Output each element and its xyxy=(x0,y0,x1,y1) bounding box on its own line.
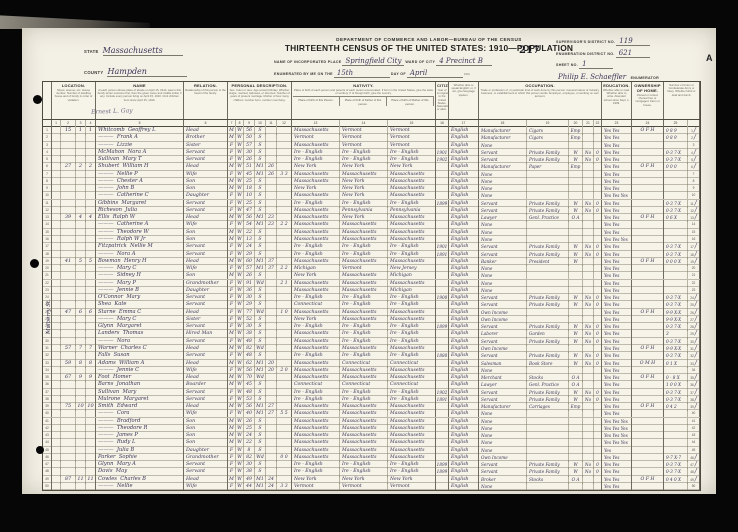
cell xyxy=(436,410,449,417)
line-number: 29 xyxy=(690,332,694,336)
cell: 54 xyxy=(244,221,255,228)
group-description: of each person whose place of abode on A… xyxy=(97,89,182,102)
cell: Massachusetts xyxy=(388,185,436,192)
census-row: 24O'Connor MaryServantFW30SIre - English… xyxy=(43,294,700,301)
cell xyxy=(86,418,96,425)
cell xyxy=(583,192,594,199)
census-row: 30——— NoraServantFW48SMassachusettsIre -… xyxy=(43,338,700,345)
cell: New York xyxy=(292,185,340,192)
census-row: 356799Foot HomerHeadMW70WdMassachusettsM… xyxy=(43,374,700,381)
cell xyxy=(569,367,583,374)
cell: Yes Yes xyxy=(602,171,632,178)
line-number: 23 xyxy=(692,288,696,292)
page-stamp: 217 xyxy=(519,45,540,56)
column-number: 14 xyxy=(340,120,388,127)
census-row: 47Glynn Mary AServantFW30SIre - EnglishI… xyxy=(43,461,700,468)
column-number: 23 xyxy=(602,120,632,127)
cell xyxy=(664,229,688,236)
cell: Massachusetts xyxy=(388,425,436,432)
cell xyxy=(632,229,664,236)
cell: ——— Chester A xyxy=(96,178,184,185)
cell: S xyxy=(255,185,266,192)
department-line: DEPARTMENT OF COMMERCE AND LABOR—BUREAU … xyxy=(274,37,584,42)
cell: Massachusetts xyxy=(292,178,340,185)
line-number: 17 xyxy=(690,245,694,249)
cell: 34 xyxy=(43,367,52,374)
tally-mark: / xyxy=(695,360,697,367)
cell xyxy=(52,221,61,228)
group-description: Whether able to speak English; or, if no… xyxy=(450,84,477,97)
cell: Massachusetts xyxy=(340,425,388,432)
cell xyxy=(277,287,292,294)
cell: 36 xyxy=(244,287,255,294)
cell: ——— Theodore R xyxy=(96,425,184,432)
cell: W xyxy=(236,178,244,185)
cell xyxy=(664,287,688,294)
cell xyxy=(61,178,76,185)
cell xyxy=(527,272,569,279)
cell xyxy=(76,483,86,490)
line-number: 28 xyxy=(690,325,694,329)
cell xyxy=(86,367,96,374)
cell xyxy=(527,229,569,236)
column-number: 2 xyxy=(61,120,76,127)
cell xyxy=(61,367,76,374)
cell xyxy=(52,280,61,287)
census-row: 62722Shubert William HHeadMW51M126New Yo… xyxy=(43,163,700,170)
tally-mark: / xyxy=(695,396,697,403)
cell: Massachusetts xyxy=(340,287,388,294)
line-number: 38 xyxy=(690,398,694,402)
cell xyxy=(52,171,61,178)
cell xyxy=(527,425,569,432)
enum-year: 1910 xyxy=(464,73,470,76)
cell: None xyxy=(479,265,527,272)
cell: 56 xyxy=(244,367,255,374)
cell: None xyxy=(479,221,527,228)
census-row: 40——— CoraWifeFW40M1275 5MassachusettsMa… xyxy=(43,410,700,417)
supervisor-district-label: Supervisor's District No. xyxy=(556,40,615,44)
cell: 22 xyxy=(43,280,52,287)
census-row: 27——— Mary CSisterFW52SNew YorkMassachus… xyxy=(43,316,700,323)
cell: S xyxy=(255,447,266,454)
cell xyxy=(569,447,583,454)
cell: Son xyxy=(184,418,228,425)
cell: S xyxy=(255,432,266,439)
census-row: 133944Ellis Ralph WHeadMW56M123Massachus… xyxy=(43,214,700,221)
census-row: 42——— Theodore RSonMW25SMassachusettsMas… xyxy=(43,425,700,432)
cell xyxy=(266,280,277,287)
cell xyxy=(632,439,664,446)
cell: English xyxy=(449,221,479,228)
census-row: 25Shea KateServantFW29SConnecticutIre - … xyxy=(43,301,700,308)
census-row: 5Sullivan Mary TServantFW26SIre - Englis… xyxy=(43,156,700,163)
cell xyxy=(569,425,583,432)
cell: Massachusetts xyxy=(388,280,436,287)
cell: Son xyxy=(184,185,228,192)
cell xyxy=(632,221,664,228)
cell: S xyxy=(255,178,266,185)
line-number: 39 xyxy=(690,405,694,409)
cell: F xyxy=(228,287,236,294)
cell: Yes Yes xyxy=(602,483,632,490)
cell xyxy=(76,192,86,199)
cell: 44 xyxy=(244,483,255,490)
street-name-vertical: Mulberry St. xyxy=(46,299,52,334)
cell xyxy=(76,367,86,374)
cell xyxy=(76,425,86,432)
cell xyxy=(594,447,602,454)
enumeration-district-value: 621 xyxy=(616,49,650,58)
nativity-subheads: Place of birth of this Person.Place of b… xyxy=(293,96,434,106)
cell: F xyxy=(228,171,236,178)
cell xyxy=(266,272,277,279)
cell xyxy=(61,229,76,236)
enumerator-name: Philip E. Schaeffler xyxy=(558,73,626,81)
cell: English xyxy=(449,142,479,149)
cell: F xyxy=(228,142,236,149)
cell xyxy=(76,142,86,149)
cell xyxy=(569,142,583,149)
line-number: 48 xyxy=(690,470,694,474)
tally-mark: / xyxy=(695,316,697,323)
line-number: 32 xyxy=(690,354,694,358)
cell: Daughter xyxy=(184,192,228,199)
cell xyxy=(632,185,664,192)
cell: None xyxy=(479,229,527,236)
cell: ——— Nellie xyxy=(96,483,184,490)
cell: W xyxy=(236,418,244,425)
cell: Massachusetts xyxy=(292,287,340,294)
cell xyxy=(436,432,449,439)
tally-mark: / xyxy=(695,381,697,388)
cell xyxy=(664,280,688,287)
tally-mark: / xyxy=(694,156,696,163)
census-row: 44——— Rudy LSonMW22SMassachusettsMassach… xyxy=(43,439,700,446)
tally-mark: / xyxy=(695,454,697,461)
cell: Wife xyxy=(184,265,228,272)
group-description: Survivor of Union or Confederate Army or… xyxy=(665,84,698,97)
cell xyxy=(52,287,61,294)
cell: 25 xyxy=(244,425,255,432)
cell: 40 xyxy=(688,410,700,417)
tally-mark: / xyxy=(695,345,697,352)
cell: English xyxy=(449,439,479,446)
tally-mark: / xyxy=(695,323,697,330)
cell xyxy=(277,447,292,454)
cell xyxy=(61,410,76,417)
line-number: 43 xyxy=(692,433,696,437)
cell xyxy=(86,483,96,490)
column-number: 4 xyxy=(86,120,96,127)
cell xyxy=(664,178,688,185)
cell: W xyxy=(236,265,244,272)
column-number: 6 xyxy=(184,120,228,127)
cell: F xyxy=(228,410,236,417)
cell xyxy=(527,236,569,243)
cell: Yes Yes xyxy=(602,185,632,192)
cell xyxy=(52,418,61,425)
cell xyxy=(527,432,569,439)
line-number: 2 xyxy=(691,136,693,140)
cell xyxy=(527,410,569,417)
cell: English xyxy=(449,432,479,439)
cell xyxy=(277,425,292,432)
cell: Yes Yes xyxy=(602,272,632,279)
cell xyxy=(76,447,86,454)
cell: Vermont xyxy=(340,265,388,272)
nativity-subhead: Place of birth of Father of this person. xyxy=(340,97,387,106)
cell xyxy=(277,432,292,439)
cell: New York xyxy=(292,272,340,279)
cell xyxy=(52,432,61,439)
cell xyxy=(436,447,449,454)
cell: 20 xyxy=(688,265,700,272)
cell: 22 xyxy=(244,439,255,446)
census-row: 22——— Mary PGrandmotherFW91Wd2 1Massachu… xyxy=(43,280,700,287)
cell xyxy=(594,280,602,287)
cell: None xyxy=(479,410,527,417)
cell xyxy=(436,280,449,287)
cell: None xyxy=(479,418,527,425)
column-number: 18 xyxy=(479,120,527,127)
census-row: 315777Warner Charles CHeadMW82WdMassachu… xyxy=(43,345,700,352)
cell xyxy=(277,185,292,192)
cell: M1 xyxy=(255,171,266,178)
cell: 43 xyxy=(688,432,700,439)
cell: Yes Yes xyxy=(602,142,632,149)
cell xyxy=(86,192,96,199)
tally-mark: / xyxy=(695,338,697,345)
census-row: 23——— Jennie BDaughterFW36SMassachusetts… xyxy=(43,287,700,294)
column-number: 12 xyxy=(277,120,292,127)
group-description: Year of immigration to the United States… xyxy=(437,89,447,111)
cell: 26 xyxy=(244,418,255,425)
tally-mark: / xyxy=(695,207,697,214)
cell: W xyxy=(236,425,244,432)
cell: S xyxy=(255,425,266,432)
cell: W xyxy=(236,367,244,374)
cell xyxy=(632,425,664,432)
cell xyxy=(86,142,96,149)
cell xyxy=(583,418,594,425)
cell xyxy=(52,439,61,446)
cell xyxy=(61,425,76,432)
cell xyxy=(664,447,688,454)
cell: 23 xyxy=(688,287,700,294)
cell: None xyxy=(479,280,527,287)
cell: Massachusetts xyxy=(388,221,436,228)
cell xyxy=(436,236,449,243)
group-description: Place of birth of each person and parent… xyxy=(293,89,434,95)
cell xyxy=(436,178,449,185)
header-center-block: DEPARTMENT OF COMMERCE AND LABOR—BUREAU … xyxy=(274,37,584,78)
cell xyxy=(632,280,664,287)
cell: ——— Ralph W Jr xyxy=(96,236,184,243)
cell: English xyxy=(449,418,479,425)
cell xyxy=(527,483,569,490)
cell xyxy=(436,142,449,149)
cell: M xyxy=(228,439,236,446)
column-number: 1 xyxy=(52,120,61,127)
cell: Yes Yes Yes xyxy=(602,192,632,199)
cell: S xyxy=(255,142,266,149)
cell xyxy=(61,432,76,439)
census-row: 12Richeson JuliaServantFW47SMassachusett… xyxy=(43,207,700,214)
cell xyxy=(76,265,86,272)
cell xyxy=(277,418,292,425)
cell: Massachusetts xyxy=(292,418,340,425)
column-group-4: PERSONAL DESCRIPTION.Sex. Color or race.… xyxy=(228,82,292,119)
cell xyxy=(583,287,594,294)
cell: New York xyxy=(340,178,388,185)
cell: F xyxy=(228,280,236,287)
column-number: 5 xyxy=(96,120,184,127)
group-description: Relationship of this person to the head … xyxy=(185,89,226,95)
county-value: Hampden xyxy=(107,67,187,77)
cell xyxy=(569,280,583,287)
tally-mark: / xyxy=(694,163,696,170)
cell: W xyxy=(236,410,244,417)
cell: W xyxy=(236,447,244,454)
cell: 21 xyxy=(688,272,700,279)
enum-month: April xyxy=(407,69,463,78)
cell: New York xyxy=(340,192,388,199)
cell: W xyxy=(236,439,244,446)
line-number: 46 xyxy=(690,456,694,460)
cell: English xyxy=(449,410,479,417)
line-number: 45 xyxy=(692,448,696,452)
census-row: 46Parker SophieGrandmotherFW82Wd0 0Massa… xyxy=(43,454,700,461)
cell: Yes Yes xyxy=(602,265,632,272)
cell xyxy=(436,287,449,294)
enum-day: 15th xyxy=(334,69,390,78)
cell xyxy=(61,236,76,243)
header-signature: Ernest L. Gay xyxy=(91,107,133,115)
cell xyxy=(527,221,569,228)
cell xyxy=(664,418,688,425)
cell xyxy=(277,272,292,279)
cell: Massachusetts xyxy=(340,229,388,236)
cell: 40 xyxy=(244,410,255,417)
cell: F xyxy=(228,265,236,272)
cell xyxy=(76,236,86,243)
line-number: 24 xyxy=(690,296,694,300)
cell: English xyxy=(449,367,479,374)
cell xyxy=(52,229,61,236)
cell xyxy=(583,265,594,272)
cell xyxy=(436,229,449,236)
line-number: 10 xyxy=(692,193,696,197)
tally-mark: / xyxy=(695,389,697,396)
cell: 7 xyxy=(43,171,52,178)
cell xyxy=(61,142,76,149)
table-header: LOCATION.Street, avenue, etc. House numb… xyxy=(43,82,700,120)
punch-hole xyxy=(30,259,39,268)
cell: Massachusetts xyxy=(388,192,436,199)
cell: 23 xyxy=(43,287,52,294)
cell xyxy=(76,178,86,185)
line-number: 44 xyxy=(692,440,696,444)
cell: ——— Nellie P xyxy=(96,171,184,178)
cell: Michigan xyxy=(388,272,436,279)
county-label: County xyxy=(84,70,103,75)
cell xyxy=(266,236,277,243)
line-number: 1 xyxy=(691,129,693,133)
cell: Yes xyxy=(602,447,632,454)
cell: None xyxy=(479,178,527,185)
cell: 22 xyxy=(688,280,700,287)
cell xyxy=(594,229,602,236)
supervisor-district-value: 119 xyxy=(616,37,650,46)
torn-paper-edge xyxy=(0,12,150,29)
column-number: 9 xyxy=(244,120,255,127)
tally-mark: / xyxy=(694,127,696,134)
cell xyxy=(266,178,277,185)
tally-mark: / xyxy=(695,301,697,308)
cell: 34 xyxy=(688,367,700,374)
column-number xyxy=(688,120,700,127)
cell: Massachusetts xyxy=(292,410,340,417)
column-group-7: Whether able to speak English; or, if no… xyxy=(449,82,479,119)
census-row: 15——— Theodore WSonMW22SMassachusettsMas… xyxy=(43,229,700,236)
table-body: 11511Whitcomb Geoffrey LHeadMW56SMassach… xyxy=(43,127,700,490)
cell: Massachusetts xyxy=(340,280,388,287)
census-row: 11511Whitcomb Geoffrey LHeadMW56SMassach… xyxy=(43,127,700,134)
cell xyxy=(436,171,449,178)
census-row: 20——— Mary CWifeFW57M1372 2MichiganVermo… xyxy=(43,265,700,272)
cell: M xyxy=(228,418,236,425)
group-description: Trade or profession of, or particular ki… xyxy=(480,89,600,99)
cell xyxy=(569,229,583,236)
cell: Michigan xyxy=(292,265,340,272)
line-number: 9 xyxy=(693,186,695,190)
cell xyxy=(86,410,96,417)
census-table: LOCATION.Street, avenue, etc. House numb… xyxy=(42,81,701,491)
cell xyxy=(569,171,583,178)
cell xyxy=(86,425,96,432)
cell: ——— James P xyxy=(96,432,184,439)
cell xyxy=(569,221,583,228)
line-number: 6 xyxy=(691,165,693,169)
cell xyxy=(86,287,96,294)
cell: Massachusetts xyxy=(388,236,436,243)
cell xyxy=(76,171,86,178)
cell: S xyxy=(255,236,266,243)
cell xyxy=(569,432,583,439)
cell: 42 xyxy=(688,425,700,432)
cell: Massachusetts xyxy=(340,439,388,446)
cell xyxy=(61,185,76,192)
cell: 57 xyxy=(244,142,255,149)
cell xyxy=(527,287,569,294)
cell xyxy=(86,432,96,439)
cell: 45 xyxy=(688,447,700,454)
column-number: 19 xyxy=(527,120,569,127)
cell: W xyxy=(236,287,244,294)
cell: 24 xyxy=(266,483,277,490)
cell xyxy=(594,185,602,192)
census-sheet: StateMassachusetts CountyHampden Townshi… xyxy=(22,28,716,494)
cell: None xyxy=(479,192,527,199)
cell xyxy=(594,272,602,279)
column-number: 3 xyxy=(76,120,86,127)
cell: ——— Jennie C xyxy=(96,367,184,374)
cell xyxy=(583,178,594,185)
line-number: 20 xyxy=(692,266,696,270)
punch-hole xyxy=(33,95,42,104)
day-of-label: day of xyxy=(391,72,406,76)
